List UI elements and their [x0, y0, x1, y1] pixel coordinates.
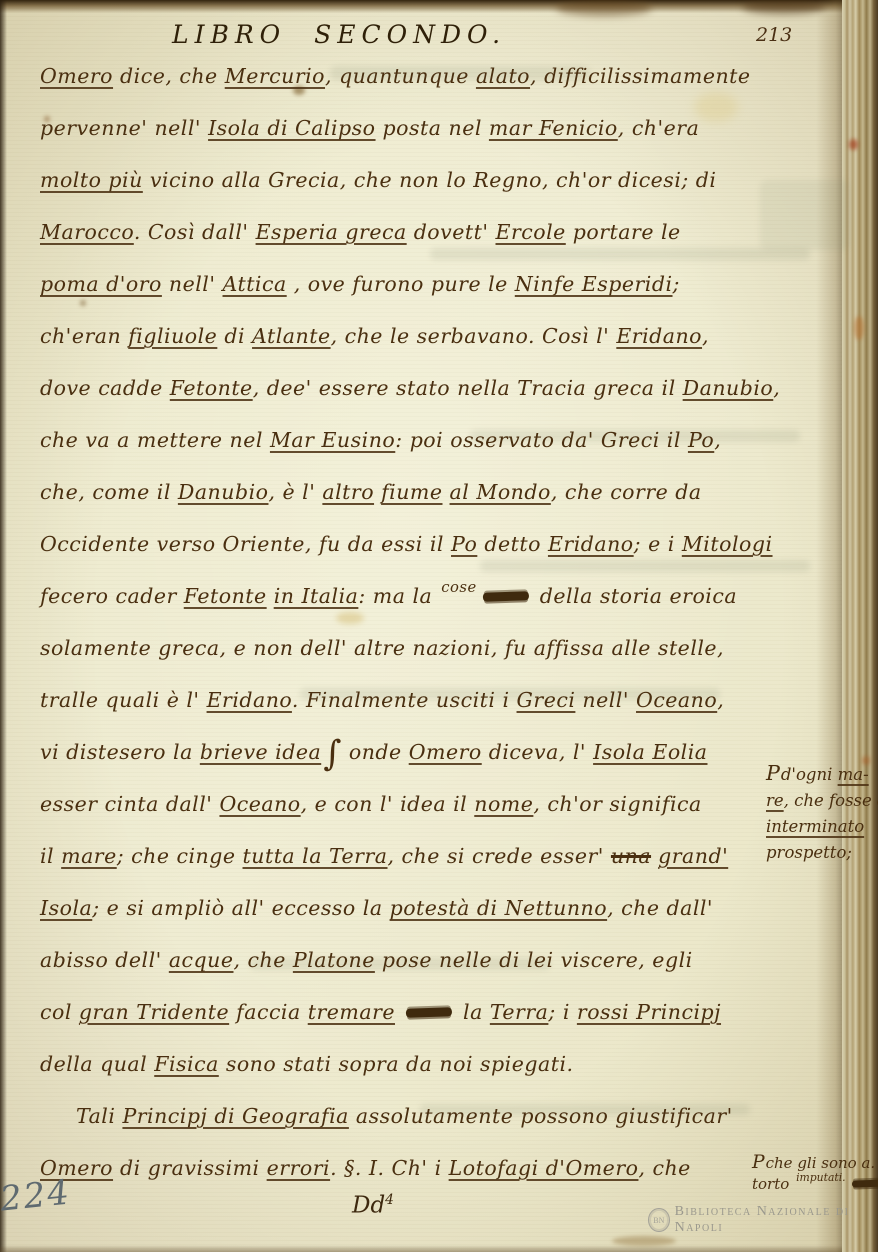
text-segment: gran Tridente — [79, 1000, 229, 1024]
text-segment: Greci — [517, 688, 576, 712]
text-segment: , che dall' — [607, 896, 713, 920]
text-segment: , è l' — [268, 480, 322, 504]
text-segment: Esperia greca — [256, 220, 407, 244]
text-segment: , che — [234, 948, 293, 972]
text-segment: , che si crede esser' — [388, 844, 611, 868]
text-segment: Eridano — [616, 324, 702, 348]
library-stamp: BN Biblioteca Nazionale di Napoli — [648, 1204, 878, 1236]
text-segment: , che le serbavano. Così l' — [331, 324, 617, 348]
manuscript-line: Occidente verso Oriente, fu da essi il P… — [40, 518, 820, 570]
page-edge-bottom — [0, 1245, 878, 1252]
folio-number: 213 — [756, 24, 792, 46]
text-segment: Isola di Calipso — [208, 116, 375, 140]
text-segment: Ninfe Esperidi — [515, 272, 673, 296]
manuscript-line: molto più vicino alla Grecia, che non lo… — [40, 154, 820, 206]
text-segment: portare le — [566, 220, 681, 244]
stain — [854, 316, 864, 340]
text-segment: ; e i — [634, 532, 682, 556]
text-segment: , — [773, 376, 780, 400]
text-segment: Lotofagi d'Omero — [449, 1156, 639, 1180]
text-segment: Occidente verso Oriente, fu da essi il — [40, 532, 451, 556]
text-segment: altro — [322, 480, 374, 504]
quire-signature: Dd4 — [352, 1192, 394, 1219]
text-segment: in Italia — [274, 584, 359, 608]
stamp-monogram-icon: BN — [648, 1208, 670, 1232]
text-segment: fecero cader — [40, 584, 184, 608]
text-segment: faccia — [229, 1000, 308, 1024]
text-segment: diceva, l' — [482, 740, 593, 764]
text-segment: tremare — [308, 1000, 395, 1024]
text-segment: prospetto; — [766, 843, 852, 862]
text-segment: al Mondo — [450, 480, 551, 504]
text-segment: , — [717, 688, 724, 712]
text-segment: Po — [451, 532, 477, 556]
text-segment: il — [40, 844, 61, 868]
text-segment: , che — [638, 1156, 690, 1180]
text-segment: abisso dell' — [40, 948, 169, 972]
text-segment: di — [217, 324, 252, 348]
text-segment: figliuole — [128, 324, 217, 348]
text-segment: ; e si ampliò all' eccesso la — [92, 896, 389, 920]
text-segment: Platone — [293, 948, 375, 972]
text-segment: Po — [688, 428, 714, 452]
text-segment: Fisica — [154, 1052, 219, 1076]
text-segment: Omero — [409, 740, 482, 764]
text-segment: la — [456, 1000, 490, 1024]
manuscript-line: fecero cader Fetonte in Italia: ma la co… — [40, 570, 820, 622]
text-segment: Oceano — [219, 792, 300, 816]
text-segment: Isola — [40, 896, 92, 920]
text-segment: , che fosse d' — [784, 791, 878, 810]
note-reference-mark: P — [752, 1152, 765, 1173]
text-segment: nell' — [162, 272, 223, 296]
inked-out-word — [851, 1179, 878, 1187]
text-segment: assolutamente possono giustificar' — [349, 1104, 733, 1128]
manuscript-line: Tali Principj di Geografia assolutamente… — [40, 1090, 820, 1142]
text-segment: imputati. — [796, 1171, 846, 1184]
text-segment: pose nelle di lei viscere, egli — [375, 948, 693, 972]
text-segment: d'ogni — [781, 765, 838, 784]
margin-note-line: interminato — [766, 814, 876, 840]
text-segment: di gravissimi — [113, 1156, 267, 1180]
text-segment: errori — [267, 1156, 330, 1180]
text-segment: Eridano — [548, 532, 634, 556]
text-segment: che va a mettere nel — [40, 428, 270, 452]
text-segment: grand' — [658, 844, 728, 868]
text-segment: Fetonte — [184, 584, 267, 608]
text-segment: solamente greca, e non dell' altre nazio… — [40, 636, 724, 660]
manuscript-line: il mare; che cinge tutta la Terra, che s… — [40, 830, 820, 882]
text-segment: dove cadde — [40, 376, 170, 400]
text-segment: della qual — [40, 1052, 154, 1076]
text-segment: Danubio — [178, 480, 269, 504]
text-segment: cose — [441, 579, 476, 596]
text-segment: sono stati sopra da noi spiegati. — [219, 1052, 574, 1076]
text-segment: Fetonte — [170, 376, 253, 400]
text-segment: , ove furono pure le — [287, 272, 515, 296]
margin-note-ocean: Pd'ogni ma-re, che fosse d'interminatopr… — [766, 760, 876, 866]
text-segment: Principj di Geografia — [122, 1104, 348, 1128]
manuscript-page: LIBRO SECONDO. 213 Omero dice, che Mercu… — [0, 0, 878, 1252]
text-segment: Atlante — [252, 324, 331, 348]
text-block: Omero dice, che Mercurio, quantunque ala… — [40, 50, 820, 1194]
text-segment: , — [714, 428, 721, 452]
text-segment: una — [611, 844, 651, 868]
text-segment: rossi Principj — [577, 1000, 721, 1024]
text-segment: mar Fenicio — [489, 116, 618, 140]
text-segment: , ch'or significa — [533, 792, 701, 816]
text-segment: molto più — [40, 168, 143, 192]
text-segment: , e con l' idea il — [301, 792, 475, 816]
text-segment: dovett' — [407, 220, 496, 244]
text-segment: Oceano — [636, 688, 717, 712]
manuscript-line: abisso dell' acque, che Platone pose nel… — [40, 934, 820, 986]
quire-signature-mark: 4 — [385, 1192, 394, 1208]
text-segment: ch'eran — [40, 324, 128, 348]
text-segment: col — [40, 1000, 79, 1024]
pencil-foliation: 224 — [0, 1172, 73, 1219]
page-title: LIBRO SECONDO. — [172, 20, 506, 49]
text-segment: torto — [752, 1175, 794, 1193]
text-segment: tutta la Terra — [243, 844, 388, 868]
text-segment: Marocco — [40, 220, 134, 244]
manuscript-line: Marocco. Così dall' Esperia greca dovett… — [40, 206, 820, 258]
text-segment: esser cinta dall' — [40, 792, 219, 816]
manuscript-line: ch'eran figliuole di Atlante, che le ser… — [40, 310, 820, 362]
inked-out-word — [483, 591, 529, 602]
text-segment: nome — [474, 792, 533, 816]
manuscript-line: poma d'oro nell' Attica , ove furono pur… — [40, 258, 820, 310]
insertion-mark: ∫ — [323, 734, 342, 774]
text-segment: acque — [169, 948, 234, 972]
text-segment: dice, che — [113, 64, 225, 88]
text-segment: mare — [61, 844, 117, 868]
manuscript-line: Isola; e si ampliò all' eccesso la potes… — [40, 882, 820, 934]
manuscript-line: tralle quali è l' Eridano. Finalmente us… — [40, 674, 820, 726]
text-segment: della storia eroica — [533, 584, 737, 608]
margin-note-line: re, che fosse d' — [766, 788, 876, 814]
text-segment: Danubio — [683, 376, 774, 400]
text-segment: , — [702, 324, 709, 348]
quire-signature-letters: Dd — [352, 1193, 385, 1219]
text-segment: fiume — [381, 480, 442, 504]
text-segment: : poi osservato da' Greci il — [395, 428, 688, 452]
manuscript-line: della qual Fisica sono stati sopra da no… — [40, 1038, 820, 1090]
margin-note-line: prospetto; — [766, 840, 876, 866]
text-segment: brieve idea — [200, 740, 321, 764]
text-segment: che, come il — [40, 480, 178, 504]
text-segment: Ercole — [496, 220, 566, 244]
text-segment: Mar Eusino — [270, 428, 395, 452]
text-segment: , quantunque — [325, 64, 476, 88]
margin-note-line: Pd'ogni ma- — [766, 760, 876, 788]
text-segment — [395, 1000, 402, 1024]
margin-note-line: torto imputati. — [752, 1174, 874, 1196]
manuscript-line: vi distesero la brieve idea∫ onde Omero … — [40, 726, 820, 778]
manuscript-line: col gran Tridente faccia tremare la Terr… — [40, 986, 820, 1038]
manuscript-line: esser cinta dall' Oceano, e con l' idea … — [40, 778, 820, 830]
text-segment: ma- — [838, 765, 869, 784]
text-segment: Mitologi — [682, 532, 773, 556]
stain — [612, 1236, 676, 1246]
page-edge-left — [0, 0, 7, 1252]
inked-out-word — [406, 1007, 452, 1018]
text-segment: vicino alla Grecia, che non lo Regno, ch… — [143, 168, 717, 192]
text-segment: posta nel — [376, 116, 489, 140]
manuscript-line: pervenne' nell' Isola di Calipso posta n… — [40, 102, 820, 154]
text-segment: nell' — [575, 688, 636, 712]
text-segment: alato — [476, 64, 530, 88]
text-segment: re — [766, 791, 784, 810]
text-segment: , che corre da — [551, 480, 702, 504]
text-segment: . Così dall' — [134, 220, 256, 244]
text-segment: potestà di Nettunno — [390, 896, 608, 920]
text-segment — [267, 584, 274, 608]
margin-note-lotofagi: Pche gli sono a.torto imputati. — [752, 1152, 874, 1196]
text-segment: vi distesero la — [40, 740, 200, 764]
text-segment: onde — [342, 740, 409, 764]
text-segment: , difficilissimamente — [530, 64, 751, 88]
text-segment: interminato — [766, 817, 864, 836]
manuscript-line: Omero di gravissimi errori. §. I. Ch' i … — [40, 1142, 820, 1194]
text-segment: tralle quali è l' — [40, 688, 207, 712]
stamp-label: Biblioteca Nazionale di Napoli — [675, 1204, 878, 1236]
stain — [849, 139, 858, 150]
text-segment: . Finalmente usciti i — [292, 688, 517, 712]
text-segment: Attica — [223, 272, 287, 296]
stain — [742, 0, 826, 14]
text-segment: ; che cinge — [117, 844, 243, 868]
text-segment: Eridano — [207, 688, 292, 712]
manuscript-line: che, come il Danubio, è l' altro fiume a… — [40, 466, 820, 518]
text-segment: : ma la — [358, 584, 439, 608]
text-segment — [443, 480, 450, 504]
text-segment: ; i — [548, 1000, 577, 1024]
text-segment: Omero — [40, 64, 113, 88]
manuscript-line: dove cadde Fetonte, dee' essere stato ne… — [40, 362, 820, 414]
stain — [556, 0, 652, 16]
manuscript-line: Omero dice, che Mercurio, quantunque ala… — [40, 50, 820, 102]
text-segment: poma d'oro — [40, 272, 162, 296]
manuscript-line: che va a mettere nel Mar Eusino: poi oss… — [40, 414, 820, 466]
text-segment: . §. I. Ch' i — [330, 1156, 449, 1180]
note-reference-mark: P — [766, 761, 780, 785]
manuscript-line: solamente greca, e non dell' altre nazio… — [40, 622, 820, 674]
text-segment: Mercurio — [225, 64, 325, 88]
text-segment: Isola Eolia — [593, 740, 707, 764]
text-segment: detto — [477, 532, 548, 556]
text-segment: Tali — [76, 1104, 122, 1128]
text-segment: ; — [673, 272, 680, 296]
text-segment: pervenne' nell' — [40, 116, 208, 140]
text-segment: Terra — [490, 1000, 549, 1024]
text-segment: , dee' essere stato nella Tracia greca i… — [253, 376, 683, 400]
text-segment: che gli sono a. — [766, 1154, 876, 1172]
text-segment: , ch'era — [618, 116, 700, 140]
